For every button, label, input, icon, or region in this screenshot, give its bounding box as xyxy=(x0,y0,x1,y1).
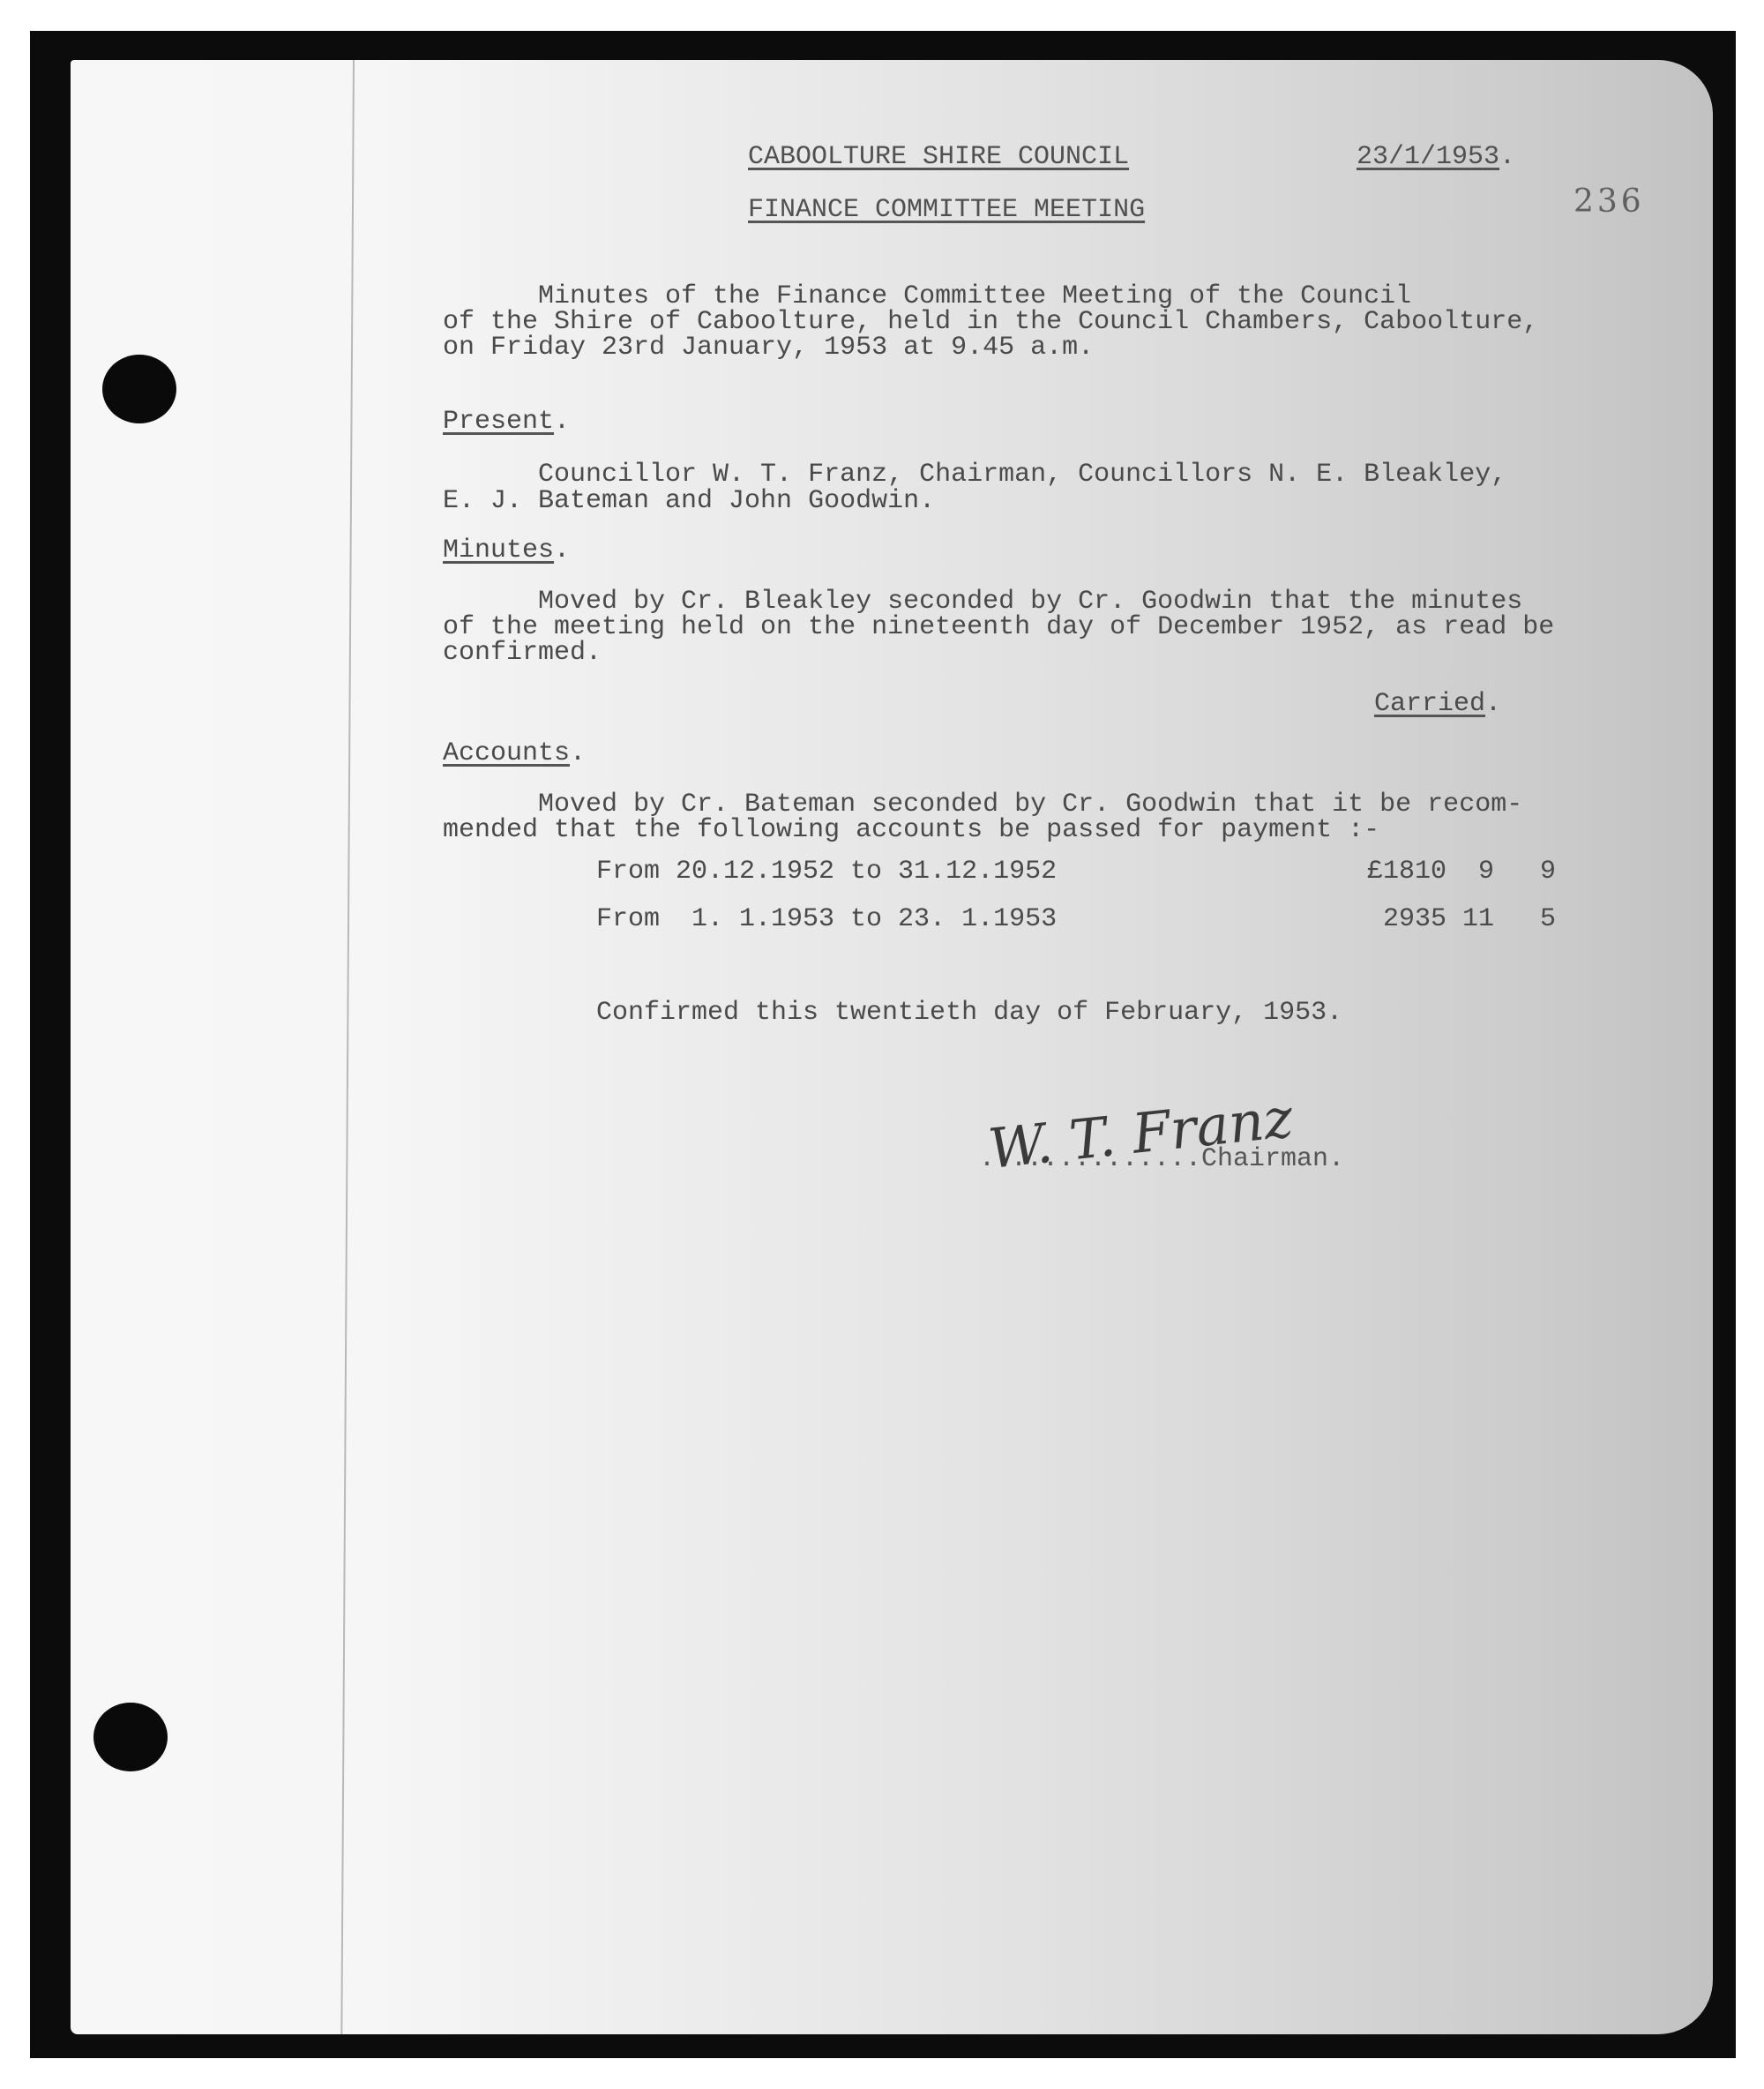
account-shillings: 9 xyxy=(1459,859,1494,885)
minutes-heading-suffix: . xyxy=(554,535,570,565)
minutes-heading: Minutes. xyxy=(443,538,570,564)
minutes-heading-text: Minutes xyxy=(443,535,554,565)
accounts-heading-suffix: . xyxy=(570,738,586,768)
account-shillings: 11 xyxy=(1459,907,1494,932)
account-pounds: 2935 xyxy=(1349,907,1446,932)
meeting-subtitle: FINANCE COMMITTEE MEETING xyxy=(748,195,1145,225)
present-heading: Present. xyxy=(443,409,570,435)
account-pence: 5 xyxy=(1521,907,1556,932)
document-page: CABOOLTURE SHIRE COUNCIL 23/1/1953. FINA… xyxy=(71,60,1713,2034)
present-line-2: E. J. Bateman and John Goodwin. xyxy=(443,489,935,514)
accounts-line-2: mended that the following accounts be pa… xyxy=(443,818,1379,843)
account-pence: 9 xyxy=(1521,859,1556,885)
intro-line-2: of the Shire of Caboolture, held in the … xyxy=(443,310,1538,335)
intro-line-3: on Friday 23rd January, 1953 at 9.45 a.m… xyxy=(443,335,1094,361)
margin-rule xyxy=(340,60,355,2034)
page-number: 236 xyxy=(1573,189,1645,214)
account-pounds: £1810 xyxy=(1349,859,1446,885)
carried-label: Carried xyxy=(1374,689,1485,719)
minutes-result: Carried. xyxy=(1374,692,1501,717)
minutes-line-2: of the meeting held on the nineteenth da… xyxy=(443,615,1554,640)
date-suffix: . xyxy=(1499,142,1515,172)
present-heading-text: Present xyxy=(443,407,554,437)
carried-suffix: . xyxy=(1485,689,1501,719)
punch-hole-top xyxy=(102,355,176,423)
accounts-heading: Accounts. xyxy=(443,741,586,767)
account-period: From 20.12.1952 to 31.12.1952 xyxy=(596,859,1057,885)
confirmation-text: Confirmed this twentieth day of February… xyxy=(596,1000,1342,1026)
minutes-line-3: confirmed. xyxy=(443,640,602,666)
account-period: From 1. 1.1953 to 23. 1.1953 xyxy=(596,907,1057,932)
accounts-line-1: Moved by Cr. Bateman seconded by Cr. Goo… xyxy=(443,792,1522,818)
minutes-line-1: Moved by Cr. Bleakley seconded by Cr. Go… xyxy=(443,589,1522,615)
document-date: 23/1/1953. xyxy=(1357,145,1515,170)
present-heading-suffix: . xyxy=(554,407,570,437)
organization-name: CABOOLTURE SHIRE COUNCIL xyxy=(748,142,1129,172)
meeting-title: FINANCE COMMITTEE MEETING xyxy=(748,198,1145,223)
punch-hole-bottom xyxy=(93,1703,168,1771)
intro-line-1: Minutes of the Finance Committee Meeting… xyxy=(443,284,1411,310)
accounts-heading-text: Accounts xyxy=(443,738,570,768)
present-line-1: Councillor W. T. Franz, Chairman, Counci… xyxy=(443,462,1506,488)
date-value: 23/1/1953 xyxy=(1357,142,1499,172)
organization-title: CABOOLTURE SHIRE COUNCIL xyxy=(748,145,1129,170)
